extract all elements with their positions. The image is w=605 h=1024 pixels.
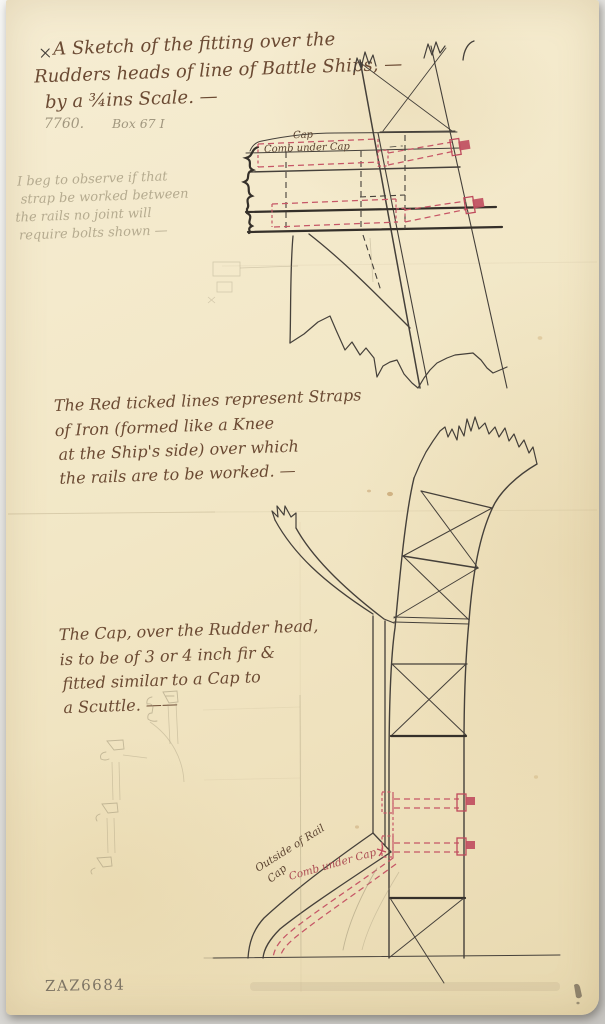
pencil-ref-box: Box 67 I (111, 116, 166, 131)
strap-note-line-3: at the Ship's side) over which (58, 437, 299, 464)
faint-note-line-2: strap be worked between (21, 187, 189, 208)
title-line-3: by a ¾ins Scale. — (45, 86, 218, 113)
catalog-number: ZAZ6684 (45, 976, 126, 995)
faint-note-line-4: require bolts shown — (19, 223, 168, 243)
strap-note-line-4: the rails are to be worked. — (59, 461, 296, 488)
scanned-drawing-page: A Sketch of the fitting over the Rudders… (0, 0, 605, 1024)
upper-drawing: Cap Comb under Cap (208, 41, 507, 388)
corner-smudge (574, 984, 582, 998)
strap-note-block: The Red ticked lines represent Straps of… (54, 385, 365, 488)
lower-panels (390, 491, 492, 983)
title-line-2: Rudders heads of line of Battle Ships, — (33, 54, 403, 88)
upper-bolt-plate-2 (464, 195, 485, 214)
cap-note-line-3: fitted similar to a Cap to (61, 667, 261, 693)
upper-comb-label: Comb under Cap (264, 141, 351, 155)
lower-bolt-plate-1 (457, 794, 475, 811)
faint-pencil-note: I beg to observe if that strap be worked… (14, 169, 190, 244)
upper-timbers (354, 41, 507, 388)
lower-column (389, 417, 537, 958)
title-cross-mark (41, 49, 49, 57)
cap-note-line-1: The Cap, over the Rudder head, (59, 616, 319, 644)
title-block: A Sketch of the fitting over the Rudders… (32, 27, 404, 114)
cap-note-line-4: a Scuttle. —— (63, 694, 178, 717)
cap-note-block: The Cap, over the Rudder head, is to be … (59, 616, 322, 717)
faint-note-line-1: I beg to observe if that (16, 169, 169, 189)
upper-cap-label: Cap (293, 130, 314, 142)
lower-rail-curves (248, 833, 399, 958)
faint-note-line-3: the rails no joint will (15, 206, 152, 226)
pencil-reference-numbers: 7760. Box 67 I (44, 116, 166, 132)
margin-pencil-profiles (91, 691, 301, 958)
pencil-ref-number: 7760. (44, 116, 84, 132)
lower-torn-top (414, 417, 537, 478)
upper-hidden-dashes (286, 135, 405, 291)
lower-baseline (204, 955, 560, 958)
strap-note-line-1: The Red ticked lines represent Straps (54, 385, 362, 415)
strap-note-line-2: of Iron (formed like a Knee (54, 413, 274, 440)
upper-torn-left-edge (244, 147, 258, 233)
lower-horn (272, 506, 394, 623)
lower-bolt-plate-2 (457, 838, 475, 855)
title-line-1: A Sketch of the fitting over the (51, 29, 336, 60)
lower-red-straps (382, 792, 475, 860)
cap-note-line-2: is to be of 3 or 4 inch fir & (59, 643, 275, 670)
upper-torn-bottom (290, 234, 507, 388)
drawing-canvas: A Sketch of the fitting over the Rudders… (0, 0, 605, 1024)
